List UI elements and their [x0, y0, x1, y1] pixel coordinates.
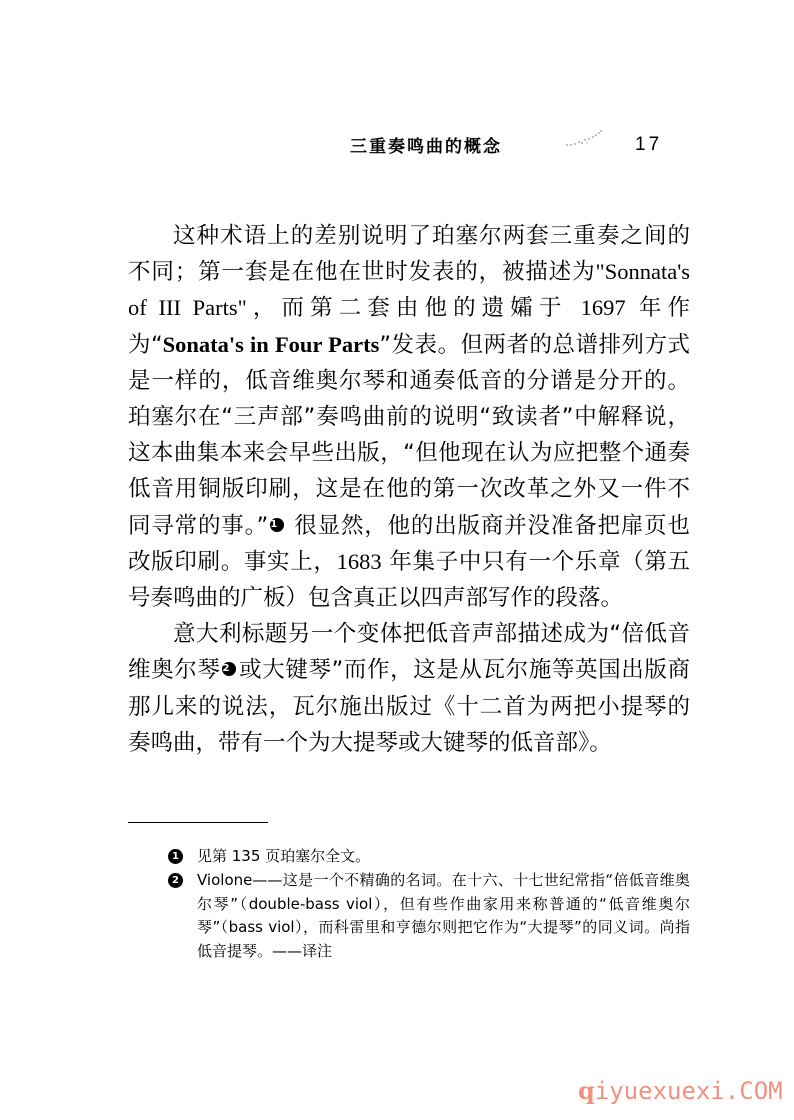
year: 1697 — [581, 295, 626, 320]
footnote-ref-1[interactable]: 1 — [270, 518, 284, 532]
footnote-marker-1: 1 — [168, 849, 183, 864]
paragraph-2: 意大利标题另一个变体把低音声部描述成为“倍低音维奥尔琴2或大键琴”而作，这是从瓦… — [128, 616, 690, 761]
paragraph-1: 这种术语上的差别说明了珀塞尔两套三重奏之间的不同；第一套是在他在世时发表的，被描… — [128, 218, 690, 616]
decorative-dots-icon — [565, 130, 603, 148]
footnote-2: 2 Violone——这是一个不精确的名词。在十六、十七世纪常指“倍低音维奥尔琴… — [128, 869, 690, 964]
footnote-divider — [128, 822, 268, 823]
text-run: ，而第二套由他的遗孀于 — [247, 295, 581, 321]
page-number: 17 — [635, 134, 662, 156]
site-watermark: qiyuexuexi.COM — [578, 1076, 783, 1105]
footnote-marker-2: 2 — [168, 873, 183, 888]
latin-title: Sonata's in Four Parts — [163, 332, 380, 357]
footnotes: 1 见第 135 页珀塞尔全文。 2 Violone——这是一个不精确的名词。在… — [128, 845, 690, 964]
watermark-initial: q — [578, 1076, 595, 1105]
footnote-text: Violone——这是一个不精确的名词。在十六、十七世纪常指“倍低音维奥尔琴”（… — [197, 869, 690, 964]
footnote-1: 1 见第 135 页珀塞尔全文。 — [128, 845, 690, 869]
footnote-ref-2[interactable]: 2 — [222, 662, 236, 676]
running-title: 三重奏鸣曲的概念 — [350, 132, 502, 157]
year: 1683 — [337, 549, 382, 574]
footnote-text: 见第 135 页珀塞尔全文。 — [197, 845, 690, 869]
text-run: ”发表。但两者的总谱排列方式是一样的，低音维奥尔琴和通奏低音的分谱是分开的。珀塞… — [128, 332, 690, 539]
body-text: 这种术语上的差别说明了珀塞尔两套三重奏之间的不同；第一套是在他在世时发表的，被描… — [128, 218, 690, 761]
watermark-text: iyuexuexi.COM — [595, 1077, 783, 1105]
